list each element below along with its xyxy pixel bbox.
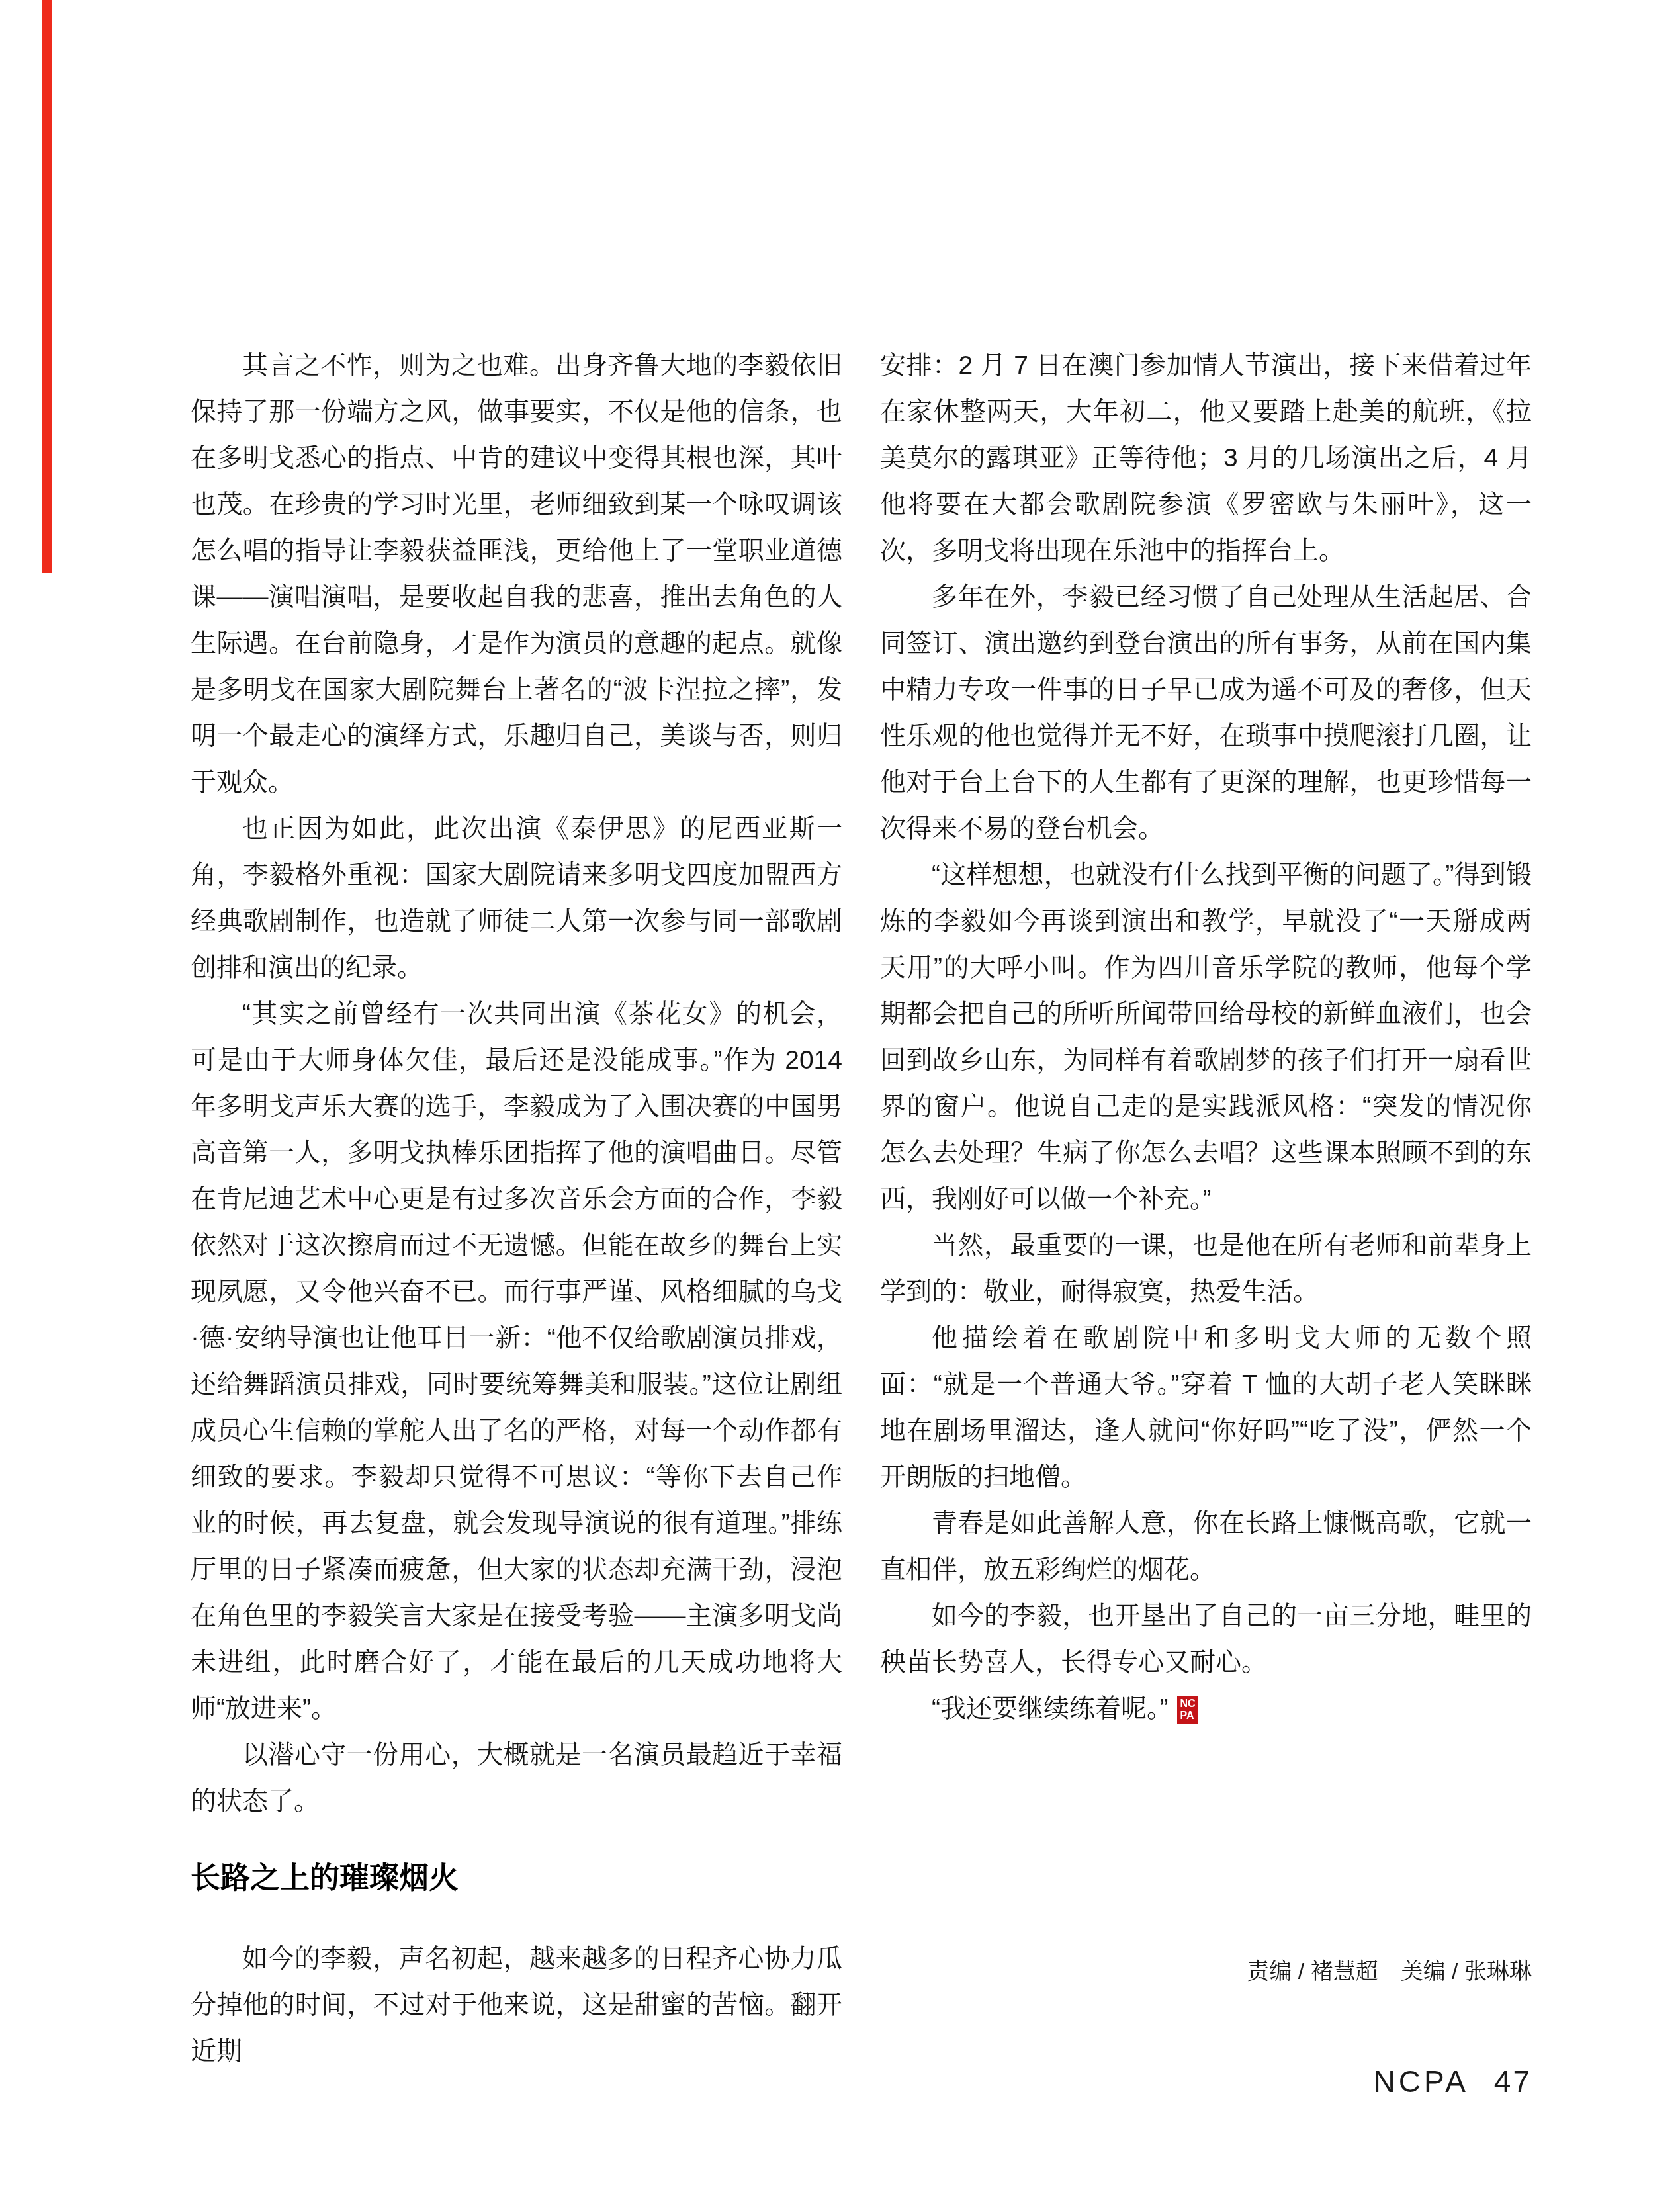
red-accent-bar <box>42 0 52 573</box>
stamp-line-2: PA <box>1180 1710 1195 1722</box>
paragraph: 多年在外，李毅已经习惯了自己处理从生活起居、合同签订、演出邀约到登台演出的所有事… <box>880 574 1532 852</box>
paragraph: 如今的李毅，声名初起，越来越多的日程齐心协力瓜分掉他的时间，不过对于他来说，这是… <box>191 1936 842 2075</box>
paragraph: “这样想想，也就没有什么找到平衡的问题了。”得到锻炼的李毅如今再谈到演出和教学，… <box>880 852 1532 1223</box>
paragraph: 青春是如此善解人意，你在长路上慷慨高歌，它就一直相伴，放五彩绚烂的烟花。 <box>880 1501 1532 1593</box>
article-column-right: 安排：2 月 7 日在澳门参加情人节演出，接下来借着过年在家休整两天，大年初二，… <box>880 343 1532 1732</box>
closing-paragraph: “我还要继续练着呢。”NCPA <box>880 1686 1532 1732</box>
paragraph: 也正因为如此，此次出演《泰伊思》的尼西亚斯一角，李毅格外重视：国家大剧院请来多明… <box>191 806 842 991</box>
paragraph: 当然，最重要的一课，也是他在所有老师和前辈身上学到的：敬业，耐得寂寞，热爱生活。 <box>880 1223 1532 1315</box>
closing-quote: “我还要继续练着呢。” <box>932 1694 1168 1723</box>
paragraph: 如今的李毅，也开垦出了自己的一亩三分地，畦里的秧苗长势喜人，长得专心又耐心。 <box>880 1593 1532 1686</box>
paragraph: 其言之不怍，则为之也难。出身齐鲁大地的李毅依旧保持了那一份端方之风，做事要实，不… <box>191 343 842 806</box>
paragraph: “其实之前曾经有一次共同出演《茶花女》的机会，可是由于大师身体欠佳，最后还是没能… <box>191 991 842 1732</box>
page-number: NCPA47 <box>880 2063 1532 2100</box>
article-column-left: 其言之不怍，则为之也难。出身齐鲁大地的李毅依旧保持了那一份端方之风，做事要实，不… <box>191 343 842 2075</box>
magazine-page: 其言之不怍，则为之也难。出身齐鲁大地的李毅依旧保持了那一份端方之风，做事要实，不… <box>0 0 1680 2188</box>
section-heading: 长路之上的璀璨烟火 <box>191 1860 842 1896</box>
stamp-line-1: NC <box>1180 1698 1195 1710</box>
footer-editors: 责编 / 褚慧超 美编 / 张琳琳 <box>880 1957 1532 1986</box>
ncpa-stamp-icon: NCPA <box>1177 1696 1198 1724</box>
paragraph: 安排：2 月 7 日在澳门参加情人节演出，接下来借着过年在家休整两天，大年初二，… <box>880 343 1532 574</box>
page-number-label: NCPA <box>1373 2064 1468 2099</box>
page-number-value: 47 <box>1494 2064 1532 2099</box>
paragraph: 他描绘着在歌剧院中和多明戈大师的无数个照面：“就是一个普通大爷。”穿着 T 恤的… <box>880 1315 1532 1501</box>
paragraph: 以潜心守一份用心，大概就是一名演员最趋近于幸福的状态了。 <box>191 1732 842 1825</box>
